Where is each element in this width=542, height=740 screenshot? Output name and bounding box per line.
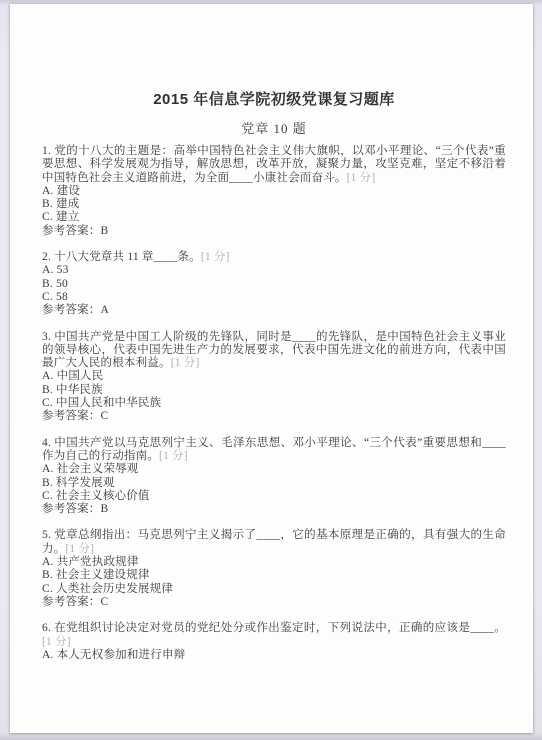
question-text: 2. 十八大党章共 11 章____条。[1 分]	[42, 251, 506, 264]
question-block: 5. 党章总纲指出：马克思列宁主义揭示了____，它的基本原理是正确的，具有强大…	[42, 529, 506, 609]
question-option: C. 中国人民和中华民族	[42, 397, 506, 410]
question-score: [1 分]	[201, 251, 230, 263]
question-block: 6. 在党组织讨论决定对党员的党纪处分或作出鉴定时，下列说法中，正确的应该是__…	[42, 622, 506, 662]
question-option: B. 社会主义建设规律	[42, 569, 506, 582]
question-text: 5. 党章总纲指出：马克思列宁主义揭示了____，它的基本原理是正确的，具有强大…	[42, 529, 506, 556]
question-stem: 1. 党的十八大的主题是：高举中国特色社会主义伟大旗帜，以邓小平理论、“三个代表…	[42, 145, 506, 184]
question-score: [1 分]	[159, 450, 188, 462]
section-heading: 党章 10 题	[42, 118, 506, 137]
question-answer: 参考答案：B	[42, 503, 506, 516]
question-option: A. 中国人民	[42, 370, 506, 383]
question-block: 4. 中国共产党以马克思列宁主义、毛泽东思想、邓小平理论、“三个代表”重要思想和…	[42, 437, 506, 517]
question-text: 4. 中国共产党以马克思列宁主义、毛泽东思想、邓小平理论、“三个代表”重要思想和…	[42, 437, 506, 464]
question-stem: 6. 在党组织讨论决定对党员的党纪处分或作出鉴定时，下列说法中，正确的应该是__…	[42, 622, 506, 634]
question-option: A. 社会主义荣辱观	[42, 463, 506, 476]
document-title: 2015 年信息学院初级党课复习题库	[42, 88, 506, 109]
question-stem: 4. 中国共产党以马克思列宁主义、毛泽东思想、邓小平理论、“三个代表”重要思想和…	[42, 437, 506, 462]
question-options: A. 本人无权参加和进行申辩	[42, 649, 506, 662]
question-block: 2. 十八大党章共 11 章____条。[1 分] A. 53B. 50C. 5…	[42, 251, 506, 317]
question-options: A. 53B. 50C. 58	[42, 264, 506, 304]
question-answer: 参考答案：A	[42, 304, 506, 317]
question-option: B. 中华民族	[42, 384, 506, 397]
question-block: 1. 党的十八大的主题是：高举中国特色社会主义伟大旗帜，以邓小平理论、“三个代表…	[42, 145, 506, 238]
question-answer: 参考答案：C	[42, 410, 506, 423]
question-answer: 参考答案：B	[42, 225, 506, 238]
question-stem: 5. 党章总纲指出：马克思列宁主义揭示了____，它的基本原理是正确的，具有强大…	[42, 529, 506, 554]
question-option: A. 共产党执政规律	[42, 556, 506, 569]
question-text: 6. 在党组织讨论决定对党员的党纪处分或作出鉴定时，下列说法中，正确的应该是__…	[42, 622, 506, 649]
question-option: B. 50	[42, 278, 506, 291]
question-answer: 参考答案：C	[42, 596, 506, 609]
question-score: [1 分]	[347, 172, 376, 184]
question-stem: 3. 中国共产党是中国工人阶级的先锋队，同时是____的先锋队，是中国特色社会主…	[42, 331, 506, 370]
photo-background: { "document": { "title": "2015 年信息学院初级党课…	[0, 0, 542, 740]
question-option: A. 建设	[42, 185, 506, 198]
question-option: A. 本人无权参加和进行申辩	[42, 649, 506, 662]
question-score: [1 分]	[171, 357, 200, 369]
question-score: [1 分]	[42, 636, 71, 648]
question-list: 1. 党的十八大的主题是：高举中国特色社会主义伟大旗帜，以邓小平理论、“三个代表…	[42, 145, 506, 662]
question-options: A. 建设B. 建成C. 建立	[42, 185, 506, 225]
question-options: A. 中国人民B. 中华民族C. 中国人民和中华民族	[42, 370, 506, 410]
question-option: B. 建成	[42, 198, 506, 211]
question-stem: 2. 十八大党章共 11 章____条。	[42, 251, 201, 263]
question-option: B. 科学发展观	[42, 477, 506, 490]
question-options: A. 共产党执政规律B. 社会主义建设规律C. 人类社会历史发展规律	[42, 556, 506, 596]
question-text: 3. 中国共产党是中国工人阶级的先锋队，同时是____的先锋队，是中国特色社会主…	[42, 331, 506, 371]
question-option: C. 人类社会历史发展规律	[42, 583, 506, 596]
question-score: [1 分]	[65, 543, 94, 555]
question-options: A. 社会主义荣辱观B. 科学发展观C. 社会主义核心价值	[42, 463, 506, 503]
question-text: 1. 党的十八大的主题是：高举中国特色社会主义伟大旗帜，以邓小平理论、“三个代表…	[42, 145, 506, 185]
question-option: C. 建立	[42, 211, 506, 224]
question-block: 3. 中国共产党是中国工人阶级的先锋队，同时是____的先锋队，是中国特色社会主…	[42, 331, 506, 424]
question-option: C. 58	[42, 291, 506, 304]
question-option: A. 53	[42, 264, 506, 277]
document-page: 2015 年信息学院初级党课复习题库 党章 10 题 1. 党的十八大的主题是：…	[10, 4, 533, 733]
question-option: C. 社会主义核心价值	[42, 490, 506, 503]
